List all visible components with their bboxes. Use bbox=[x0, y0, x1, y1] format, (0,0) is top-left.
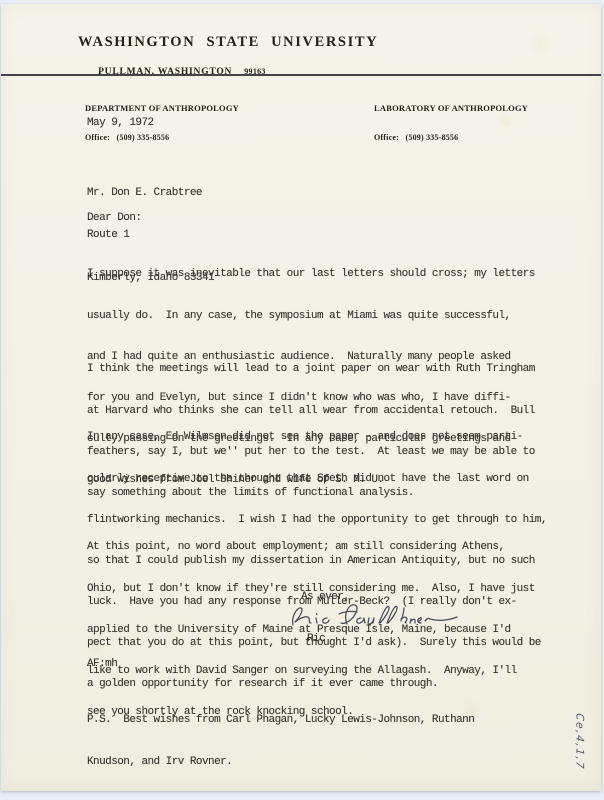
paragraph-line: In any case, Ed Wilmsen did not see the … bbox=[87, 431, 547, 445]
paragraph-line: cularly receptive to the thought that Sp… bbox=[87, 473, 547, 487]
scanner-background: WASHINGTON STATE UNIVERSITY PULLMAN, WAS… bbox=[0, 0, 604, 800]
letter-page: WASHINGTON STATE UNIVERSITY PULLMAN, WAS… bbox=[1, 4, 601, 791]
postscript: P.S. Best wishes from Carl Phagan, Lucky… bbox=[87, 687, 474, 797]
laboratory-phone: Office: (509) 335-8556 bbox=[374, 133, 528, 143]
signature-ink-icon bbox=[283, 598, 461, 636]
department-phone: Office: (509) 335-8556 bbox=[85, 133, 239, 143]
postscript-line: P.S. Best wishes from Carl Phagan, Lucky… bbox=[87, 714, 474, 728]
typist-initials: AF:mh bbox=[87, 658, 117, 672]
salutation: Dear Don: bbox=[87, 212, 141, 226]
paragraph-line: like to work with David Sanger on survey… bbox=[87, 665, 535, 679]
paragraph-line: I suppose it was inevitable that our las… bbox=[87, 268, 535, 282]
catalog-annotation: Ce,4,1,7 bbox=[573, 709, 586, 775]
laboratory-block: LABORATORY OF ANTHROPOLOGY Office: (509)… bbox=[374, 84, 528, 162]
handwritten-signature bbox=[283, 598, 461, 636]
laboratory-name: LABORATORY OF ANTHROPOLOGY bbox=[374, 104, 528, 114]
letterhead-rule bbox=[1, 74, 601, 76]
recipient-name: Mr. Don E. Crabtree bbox=[87, 186, 214, 200]
paragraph-line: At this point, no word about employment;… bbox=[87, 541, 535, 555]
university-city-line: PULLMAN, WASHINGTON99163 bbox=[79, 57, 266, 87]
university-name: WASHINGTON STATE UNIVERSITY bbox=[78, 34, 378, 51]
paragraph-line: I think the meetings will lead to a join… bbox=[87, 363, 535, 377]
department-name: DEPARTMENT OF ANTHROPOLOGY bbox=[85, 104, 239, 114]
paragraph-line: usually do. In any case, the symposium a… bbox=[87, 310, 535, 324]
date-line: May 9, 1972 bbox=[87, 117, 154, 131]
postscript-line: Knudson, and Irv Rovner. bbox=[87, 756, 474, 770]
typed-signature-name: Ric bbox=[307, 633, 325, 647]
